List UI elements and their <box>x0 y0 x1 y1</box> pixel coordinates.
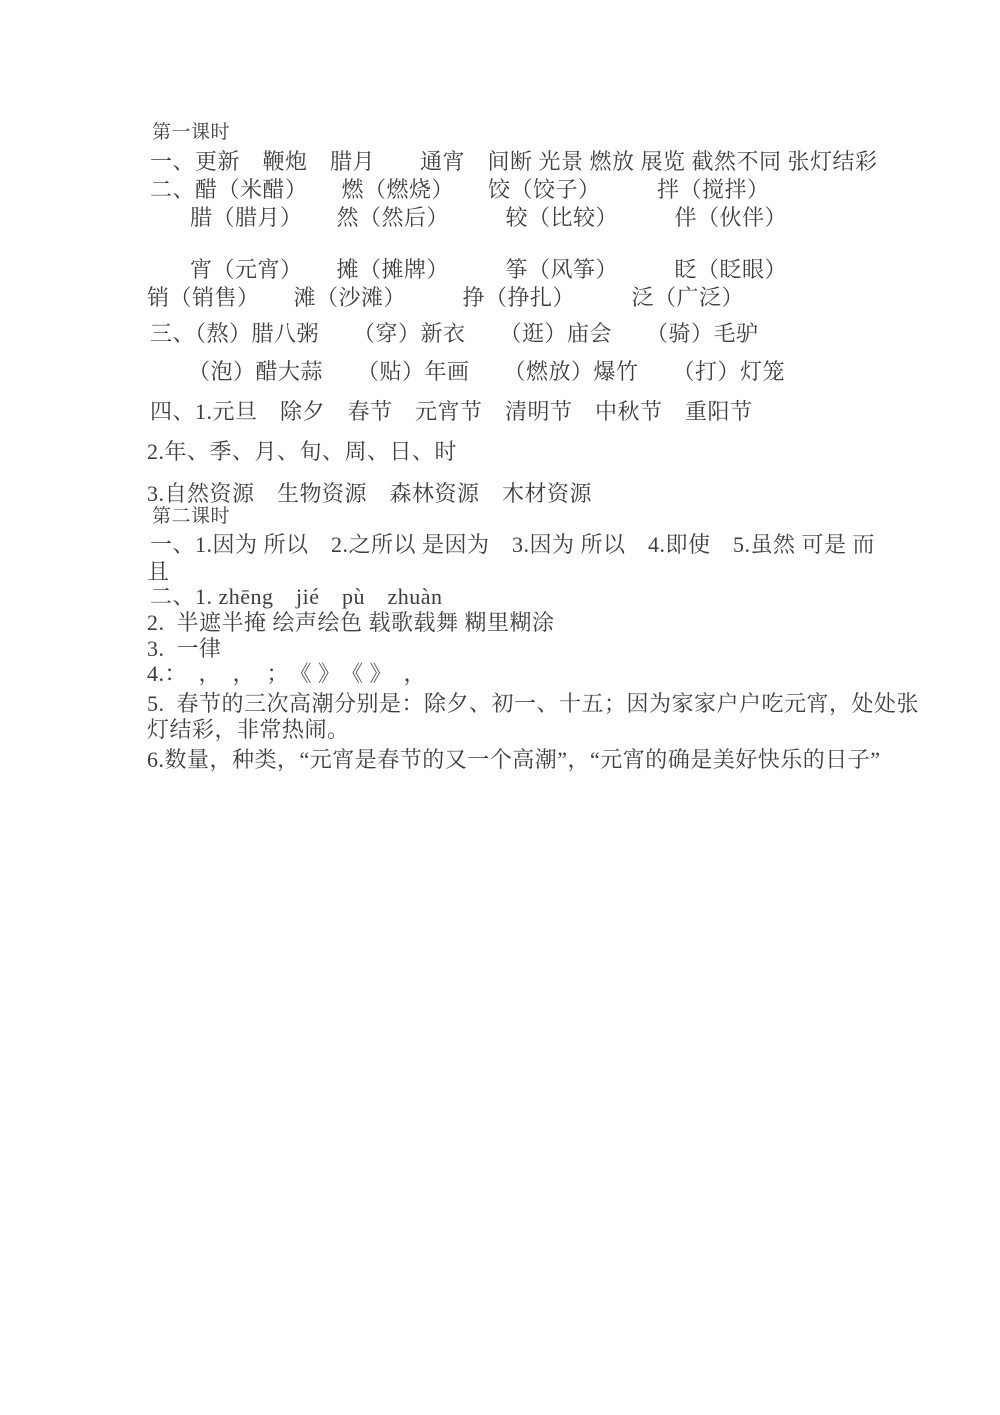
s1-homophone-row-2: 腊（腊月） 然（然后） 较（比较） 伴（伙伴） <box>190 205 787 231</box>
s1-resources-line: 3.自然资源 生物资源 森林资源 木材资源 <box>147 481 592 507</box>
s1-festivals-line: 四、1.元旦 除夕 春节 元宵节 清明节 中秋节 重阳节 <box>150 399 753 425</box>
s2-conjunctions-wrap: 且 <box>147 559 170 585</box>
section2-heading: 第二课时 <box>152 506 230 528</box>
s2-answer5-line-1: 5. 春节的三次高潮分别是：除夕、初一、十五；因为家家户户吃元宵，处处张 <box>147 691 919 717</box>
s1-homophone-row-3: 宵（元宵） 摊（摊牌） 筝（风筝） 眨（眨眼） <box>190 257 787 283</box>
s1-time-units-line: 2.年、季、月、旬、周、日、时 <box>147 439 457 465</box>
s2-idioms-line: 2. 半遮半掩 绘声绘色 载歌载舞 糊里糊涂 <box>147 610 555 636</box>
s1-homophone-row-1: 二、醋（米醋） 燃（燃烧） 饺（饺子） 拌（搅拌） <box>150 177 770 203</box>
s2-answer6-line: 6.数量，种类，“元宵是春节的又一个高潮”，“元宵的确是美好快乐的日子” <box>147 747 881 773</box>
s2-punctuation-line: 4.： ， ， ； 《 》 《 》 ， <box>147 661 426 687</box>
s1-verb-phrase-row-2: （泡）醋大蒜 （贴）年画 （燃放）爆竹 （打）灯笼 <box>188 359 785 385</box>
s2-pinyin-line: 二、1. zhēng jié pù zhuàn <box>150 584 443 610</box>
s2-answer5-line-2: 灯结彩，非常热闹。 <box>147 717 350 743</box>
document-page: 第一课时 一、更新 鞭炮 腊月 通宵 间断 光景 燃放 展览 截然不同 张灯结彩… <box>0 0 1000 1415</box>
s1-word-list-line: 一、更新 鞭炮 腊月 通宵 间断 光景 燃放 展览 截然不同 张灯结彩 <box>150 149 878 175</box>
s1-verb-phrase-row-1: 三、（熬）腊八粥 （穿）新衣 （逛）庙会 （骑）毛驴 <box>150 321 759 347</box>
s2-conjunctions-line: 一、1.因为 所以 2.之所以 是因为 3.因为 所以 4.即使 5.虽然 可是… <box>150 532 875 558</box>
s1-homophone-row-4: 销（销售） 滩（沙滩） 挣（挣扎） 泛（广泛） <box>147 285 744 311</box>
s2-answer3-line: 3. 一律 <box>147 636 222 662</box>
section1-heading: 第一课时 <box>152 122 230 144</box>
